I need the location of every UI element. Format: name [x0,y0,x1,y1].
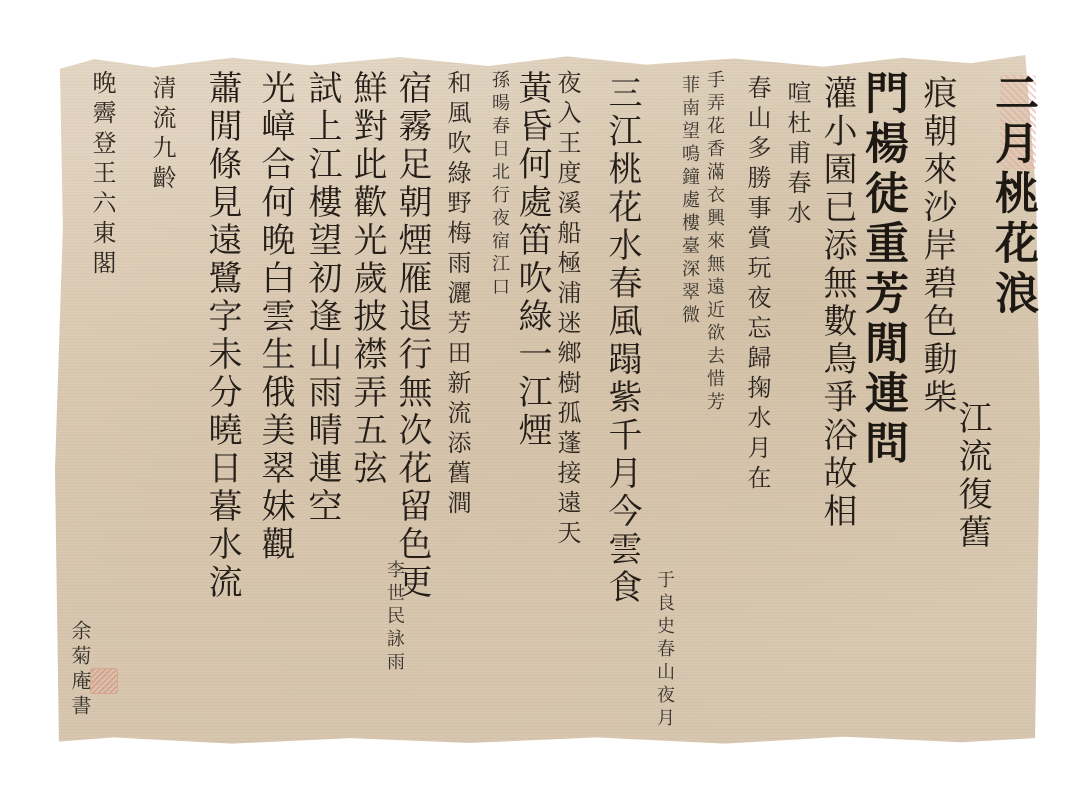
text-column-2: 江流復舊 [955,400,989,552]
text-column-22: 清流九齡 [150,75,174,195]
text-column-13: 黃昏何處笛吹綠一江煙 [515,70,549,450]
text-column-11: 三江桃花水春風蹋紫千月今雲食 [605,75,639,607]
text-column-20: 光嶂合何晚白雲生俄美翠妹觀 [258,70,292,564]
text-column-10: 于良史春山夜月 [655,570,673,731]
text-column-5: 灌小園已添無數鳥爭浴故相 [820,75,854,531]
text-column-14: 孫暘春日北行夜宿江口 [490,70,508,300]
text-column-3: 痕朝來沙岸碧色動柴 [920,75,954,417]
text-column-18: 李世民詠雨 [385,560,403,675]
text-column-12: 夜入王度溪船極浦迷鄉樹孤蓬接遠天 [555,70,579,550]
text-column-23: 晚霽登王六東閣 [90,70,114,280]
text-column-4: 門楊徒重芳閒連問 [860,70,904,470]
page-background: 二月桃花浪 江流復舊 痕朝來沙岸碧色動柴 門楊徒重芳閒連問 灌小園已添無數鳥爭浴… [0,0,1080,799]
text-column-8: 手弄花香滿衣興來無遠近欲去惜芳 [705,70,723,415]
text-column-16: 宿霧足朝煙雁退行無次花留色更 [395,70,429,602]
text-column-1: 二月桃花浪 [990,70,1034,320]
text-column-17: 鮮對此歡光歲披襟弄五弦 [350,70,384,488]
signature-seal-stamp [90,668,118,694]
text-column-6: 喧杜甫春水 [785,80,809,230]
text-column-9: 菲南望鳴鐘處樓臺深翠微 [680,75,698,328]
text-column-21: 蕭閒條見遠鷺字未分曉日暮水流 [205,70,239,602]
artist-signature: 余菊庵書 [70,620,90,720]
text-column-15: 和風吹綠野梅雨灑芳田新流添舊澗 [445,70,469,520]
text-column-7: 春山多勝事賞玩夜忘歸掬水月在 [745,75,769,495]
text-column-19: 試上江樓望初逢山雨晴連空 [305,70,339,526]
